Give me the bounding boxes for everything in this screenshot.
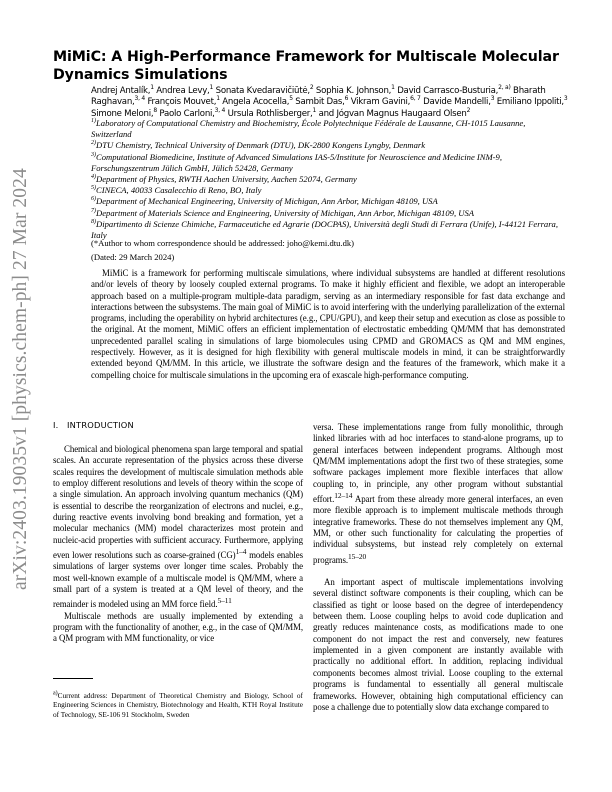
paragraph: An important aspect of multiscale implem… [313, 577, 563, 713]
author: Angela Acocella,5 [222, 97, 293, 107]
affiliation: 6)Department of Mechanical Engineering, … [91, 196, 561, 207]
author: Sonata Kvedaravičiūtė,2 [216, 86, 314, 96]
affiliation-list: 1)Laboratory of Computational Chemistry … [91, 118, 561, 241]
correspondence-note: (*Author to whom correspondence should b… [91, 238, 561, 249]
affiliation: 2)DTU Chemistry, Technical University of… [91, 140, 561, 151]
author: Sophia K. Johnson,1 [316, 86, 395, 96]
section-heading-introduction: I. INTRODUCTION [53, 420, 134, 431]
paper-page: arXiv:2403.19035v1 [physics.chem-ph] 27 … [0, 0, 612, 792]
author: Sambit Das,6 [295, 97, 348, 107]
citation[interactable]: 15–20 [348, 552, 366, 561]
author: Davide Mandelli,3 [423, 97, 494, 107]
affiliation: 7)Department of Materials Science and En… [91, 208, 561, 219]
author: Andrej Antalík,1 [91, 86, 154, 96]
abstract: MiMiC is a framework for performing mult… [91, 268, 565, 381]
date-line: (Dated: 29 March 2024) [91, 252, 174, 263]
footnote-divider [53, 678, 93, 679]
section-number: I. [53, 420, 58, 430]
affiliation: 5)CINECA, 40033 Casalecchio di Reno, BO,… [91, 185, 561, 196]
citation[interactable]: 12–14 [334, 491, 352, 500]
left-column: Chemical and biological phenomena span l… [53, 444, 303, 645]
affiliation: 3)Computational Biomedicine, Institute o… [91, 152, 561, 174]
author: Andrea Levy,1 [156, 86, 213, 96]
paragraph: Multiscale methods are usually implement… [53, 611, 303, 645]
paragraph: Chemical and biological phenomena span l… [53, 444, 303, 611]
section-title: INTRODUCTION [67, 420, 134, 430]
author: Vikram Gavini,6, 7 [351, 97, 421, 107]
citation[interactable]: 5–11 [217, 596, 231, 605]
arxiv-identifier-stamp: arXiv:2403.19035v1 [physics.chem-ph] 27 … [10, 168, 32, 590]
paper-title: MiMiC: A High-Performance Framework for … [53, 48, 563, 84]
right-column: versa. These implementations range from … [313, 422, 563, 713]
author: Emiliano Ippoliti,3 [497, 97, 568, 107]
affiliation: 1)Laboratory of Computational Chemistry … [91, 118, 561, 140]
footnote: a)Current address: Department of Theoret… [53, 691, 303, 719]
citation[interactable]: 1–4 [236, 547, 247, 556]
author-list: Andrej Antalík,1 Andrea Levy,1 Sonata Kv… [91, 86, 571, 120]
author: David Carrasco-Busturia,2, a) [397, 86, 510, 96]
author: François Mouvet,1 [147, 97, 219, 107]
paragraph: versa. These implementations range from … [313, 422, 563, 566]
affiliation: 4)Department of Physics, RWTH Aachen Uni… [91, 174, 561, 185]
